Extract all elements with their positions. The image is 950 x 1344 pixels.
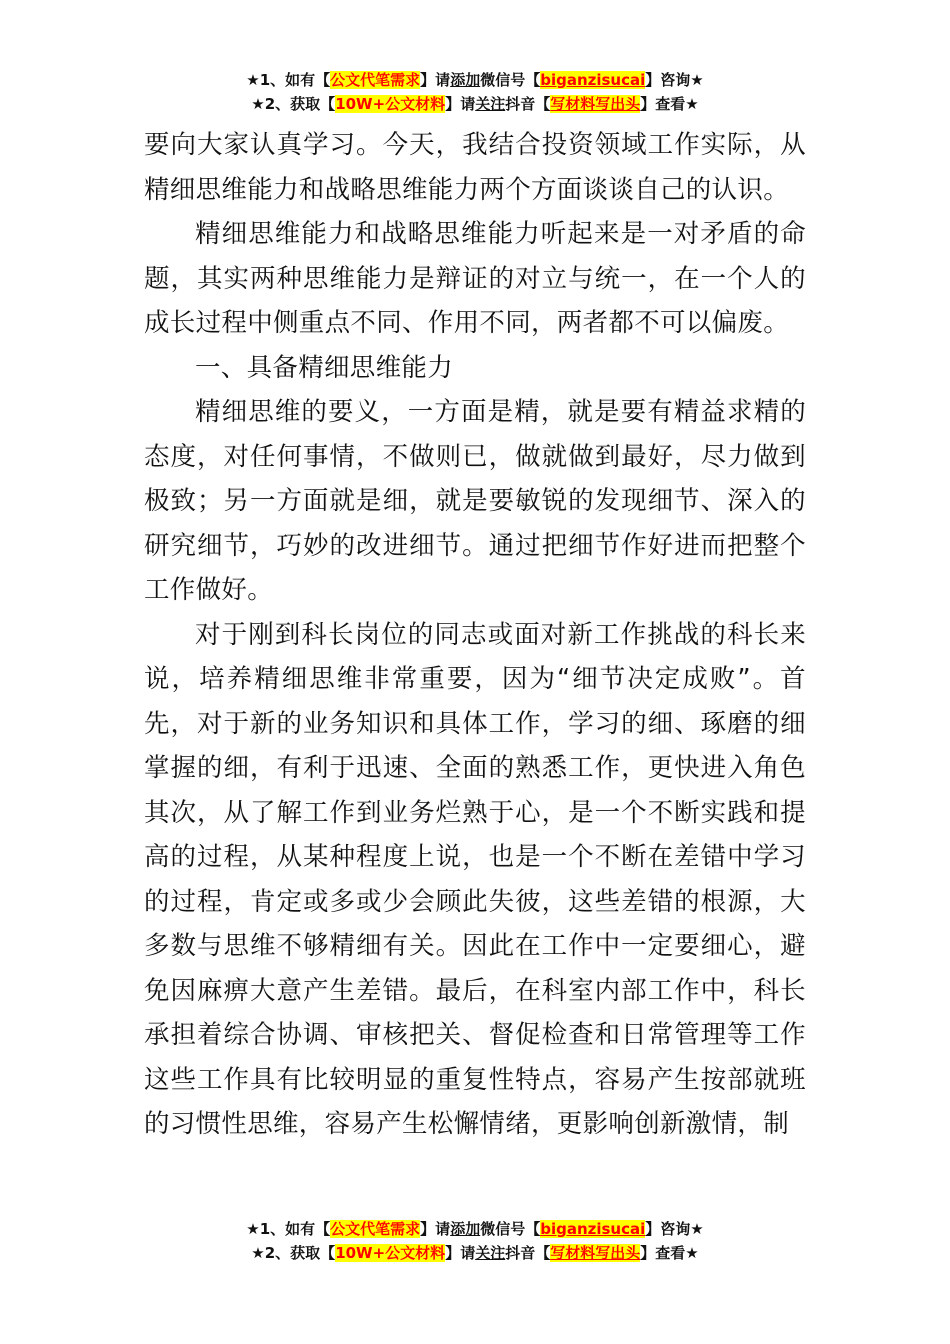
promo-line-2: ★2、获取【10W+公文材料】请关注抖音【写材料写出头】查看★ [0, 92, 950, 116]
promo-text: 】查看★ [640, 1244, 698, 1262]
promo-text: ★2、获取【 [251, 1244, 335, 1262]
promo-text: ★1、如有【 [246, 1220, 330, 1238]
promo-highlight: 10W+公文材料 [335, 95, 445, 113]
promo-line-1: ★1、如有【公文代笔需求】请添加微信号【biganzisucai】咨询★ [0, 68, 950, 92]
promo-text: 微信号【 [480, 71, 540, 89]
promo-text: 微信号【 [480, 1220, 540, 1238]
promo-text: 抖音【 [505, 95, 550, 113]
promo-text: 】查看★ [640, 95, 698, 113]
promo-text: 】请 [445, 95, 475, 113]
promo-underlined-text: 关注 [475, 95, 505, 113]
paragraph: 要向大家认真学习。今天，我结合投资领域工作实际，从精细思维能力和战略思维能力两个… [144, 123, 806, 212]
section-heading: 一、具备精细思维能力 [144, 346, 806, 391]
promo-line-1: ★1、如有【公文代笔需求】请添加微信号【biganzisucai】咨询★ [0, 1217, 950, 1241]
promo-text: ★2、获取【 [251, 95, 335, 113]
promo-text: 】请 [420, 1220, 450, 1238]
promo-underlined-text: 添加 [450, 1220, 480, 1238]
promo-text: 】请 [420, 71, 450, 89]
paragraph: 对于刚到科长岗位的同志或面对新工作挑战的科长来说，培养精细思维非常重要，因为“细… [144, 613, 806, 1147]
promo-text: ★1、如有【 [246, 71, 330, 89]
promo-highlight: 10W+公文材料 [335, 1244, 445, 1262]
promo-text: 】咨询★ [645, 1220, 703, 1238]
wechat-id-highlight: biganzisucai [540, 71, 645, 89]
douyin-account-highlight: 写材料写出头 [550, 1244, 640, 1262]
promo-highlight: 公文代笔需求 [330, 71, 420, 89]
paragraph: 精细思维的要义，一方面是精，就是要有精益求精的态度，对任何事情，不做则已，做就做… [144, 390, 806, 613]
promo-line-2: ★2、获取【10W+公文材料】请关注抖音【写材料写出头】查看★ [0, 1241, 950, 1265]
promo-underlined-text: 关注 [475, 1244, 505, 1262]
document-body: 要向大家认真学习。今天，我结合投资领域工作实际，从精细思维能力和战略思维能力两个… [144, 123, 806, 1147]
wechat-id-highlight: biganzisucai [540, 1220, 645, 1238]
footer-promo-banner: ★1、如有【公文代笔需求】请添加微信号【biganzisucai】咨询★ ★2、… [0, 1217, 950, 1265]
promo-text: 抖音【 [505, 1244, 550, 1262]
promo-underlined-text: 添加 [450, 71, 480, 89]
promo-highlight: 公文代笔需求 [330, 1220, 420, 1238]
promo-text: 】请 [445, 1244, 475, 1262]
paragraph: 精细思维能力和战略思维能力听起来是一对矛盾的命题，其实两种思维能力是辩证的对立与… [144, 212, 806, 346]
header-promo-banner: ★1、如有【公文代笔需求】请添加微信号【biganzisucai】咨询★ ★2、… [0, 68, 950, 116]
promo-text: 】咨询★ [645, 71, 703, 89]
douyin-account-highlight: 写材料写出头 [550, 95, 640, 113]
